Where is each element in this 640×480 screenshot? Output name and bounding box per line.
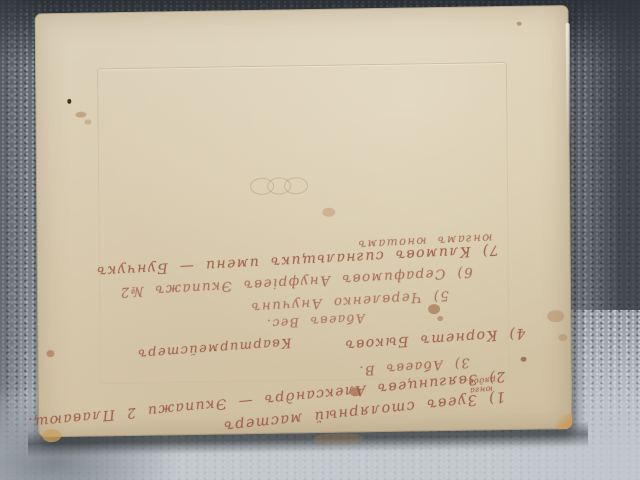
photo-card-back: юнгамъ юношамъ 7) Климовъ сигнальщикъ им…: [35, 5, 573, 437]
ink-speck: [67, 99, 71, 104]
embossed-oval-stamp: [250, 175, 308, 196]
edge-wear: [566, 23, 571, 143]
age-stain: [314, 433, 362, 445]
age-stain: [46, 350, 54, 357]
stamp-ellipse: [284, 177, 308, 194]
ink-speck: [521, 357, 527, 362]
worn-corner-chip: [555, 414, 572, 429]
photograph-scene: юнгамъ юношамъ 7) Климовъ сигнальщикъ им…: [0, 0, 640, 480]
age-stain: [558, 334, 567, 341]
age-stain: [75, 112, 86, 118]
age-speck: [517, 22, 522, 26]
age-stain: [547, 310, 564, 322]
age-stain: [42, 429, 61, 442]
age-stain: [84, 119, 91, 124]
